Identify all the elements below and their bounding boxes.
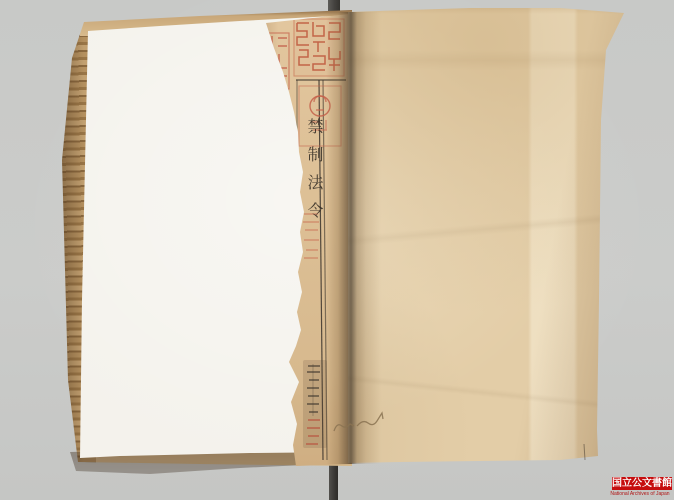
bottom-ink-residue xyxy=(303,360,327,448)
archives-watermark: 国立公文書館 National Archives of Japan xyxy=(606,475,674,499)
archival-scan-stage: 禁制法令 国立公文書館 National Archives of Japan xyxy=(0,0,674,500)
archives-logo-jp: 国立公文書館 xyxy=(612,477,672,490)
book-title-vertical: 禁制法令 xyxy=(302,118,322,248)
archives-logo-en: National Archives of Japan xyxy=(606,491,674,497)
large-square-collection-seal-icon xyxy=(294,19,344,76)
